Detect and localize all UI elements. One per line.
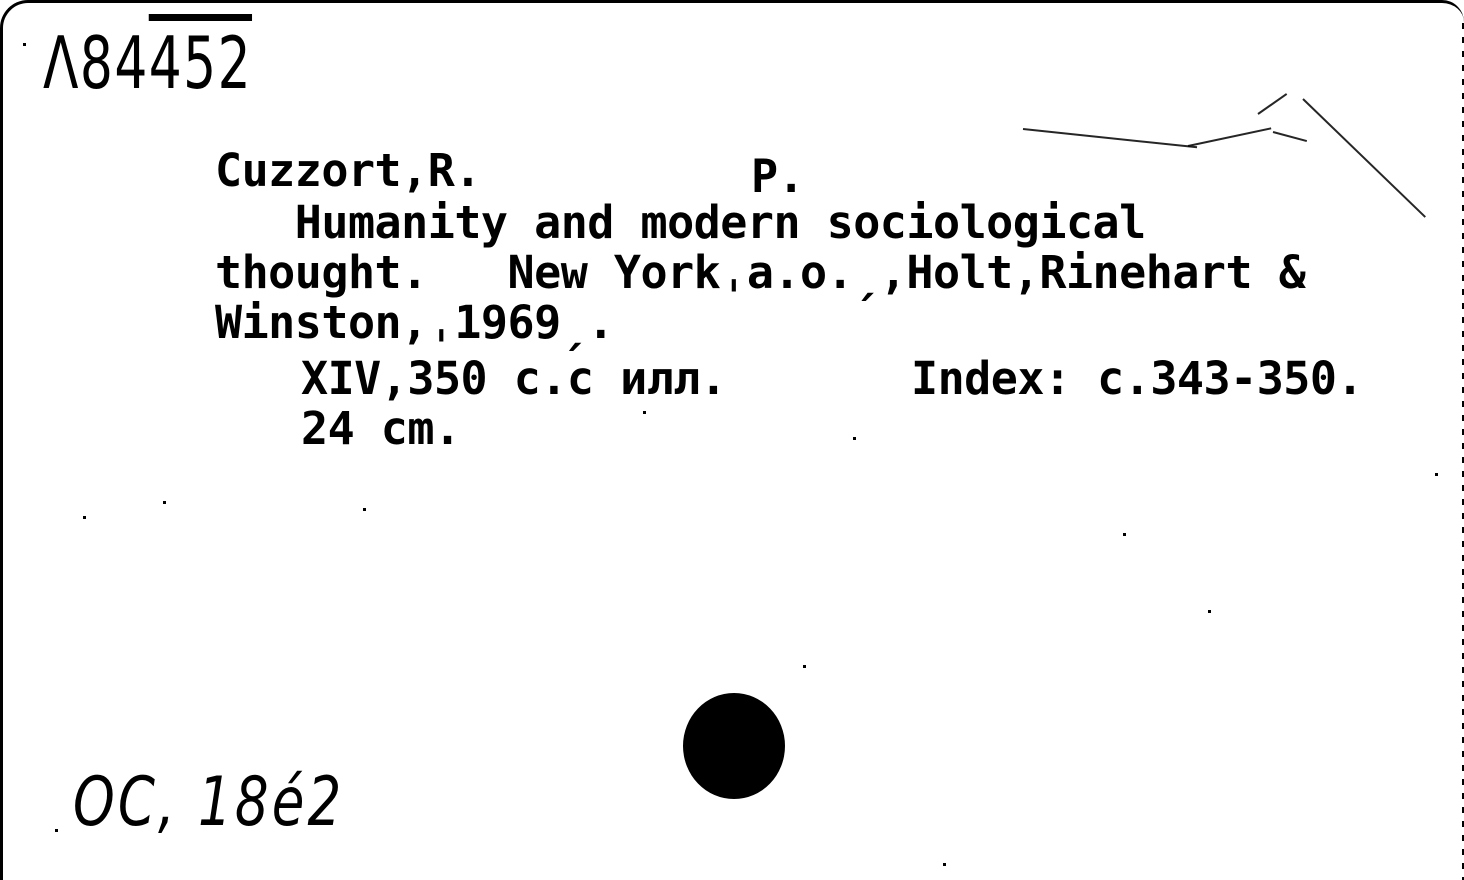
crease-line: [1273, 131, 1307, 142]
speck: [55, 829, 58, 832]
call-number-prefix: Λ84: [43, 21, 149, 105]
call-number: Λ84452: [43, 21, 252, 105]
speck: [643, 411, 646, 414]
title-line-1: Humanity and modern sociological: [215, 199, 1146, 247]
size-note: 24 cm.: [301, 405, 461, 453]
speck: [83, 516, 86, 519]
speck: [943, 863, 946, 866]
crease-line: [1188, 127, 1272, 147]
punch-hole: [683, 693, 785, 799]
speck: [1123, 533, 1126, 536]
speck: [23, 43, 26, 46]
title-line-3: Winston,ˌ1969ˏ.: [215, 299, 614, 347]
speck: [1435, 473, 1438, 476]
crease-line: [1302, 98, 1426, 218]
speck: [1208, 610, 1211, 613]
speck: [163, 501, 166, 504]
catalog-card: Λ84452 Cuzzort,R. P. Humanity and modern…: [0, 0, 1464, 880]
author-initial: P.: [751, 153, 804, 201]
title-line-2: thought. New Yorkˌа.о.ˏ,Holt,Rinehart &: [215, 249, 1305, 297]
speck: [363, 508, 366, 511]
index-note: Index: c.343-350.: [911, 355, 1363, 403]
speck: [803, 665, 806, 668]
pagination: XIV,350 с.с илл.: [301, 355, 726, 403]
author-name: Cuzzort,R.: [215, 147, 481, 195]
speck: [853, 437, 856, 440]
call-number-suffix: 452: [149, 21, 252, 105]
accession-mark: ОС, 18é2: [73, 763, 344, 842]
crease-line: [1023, 128, 1197, 148]
crease-line: [1257, 93, 1287, 115]
